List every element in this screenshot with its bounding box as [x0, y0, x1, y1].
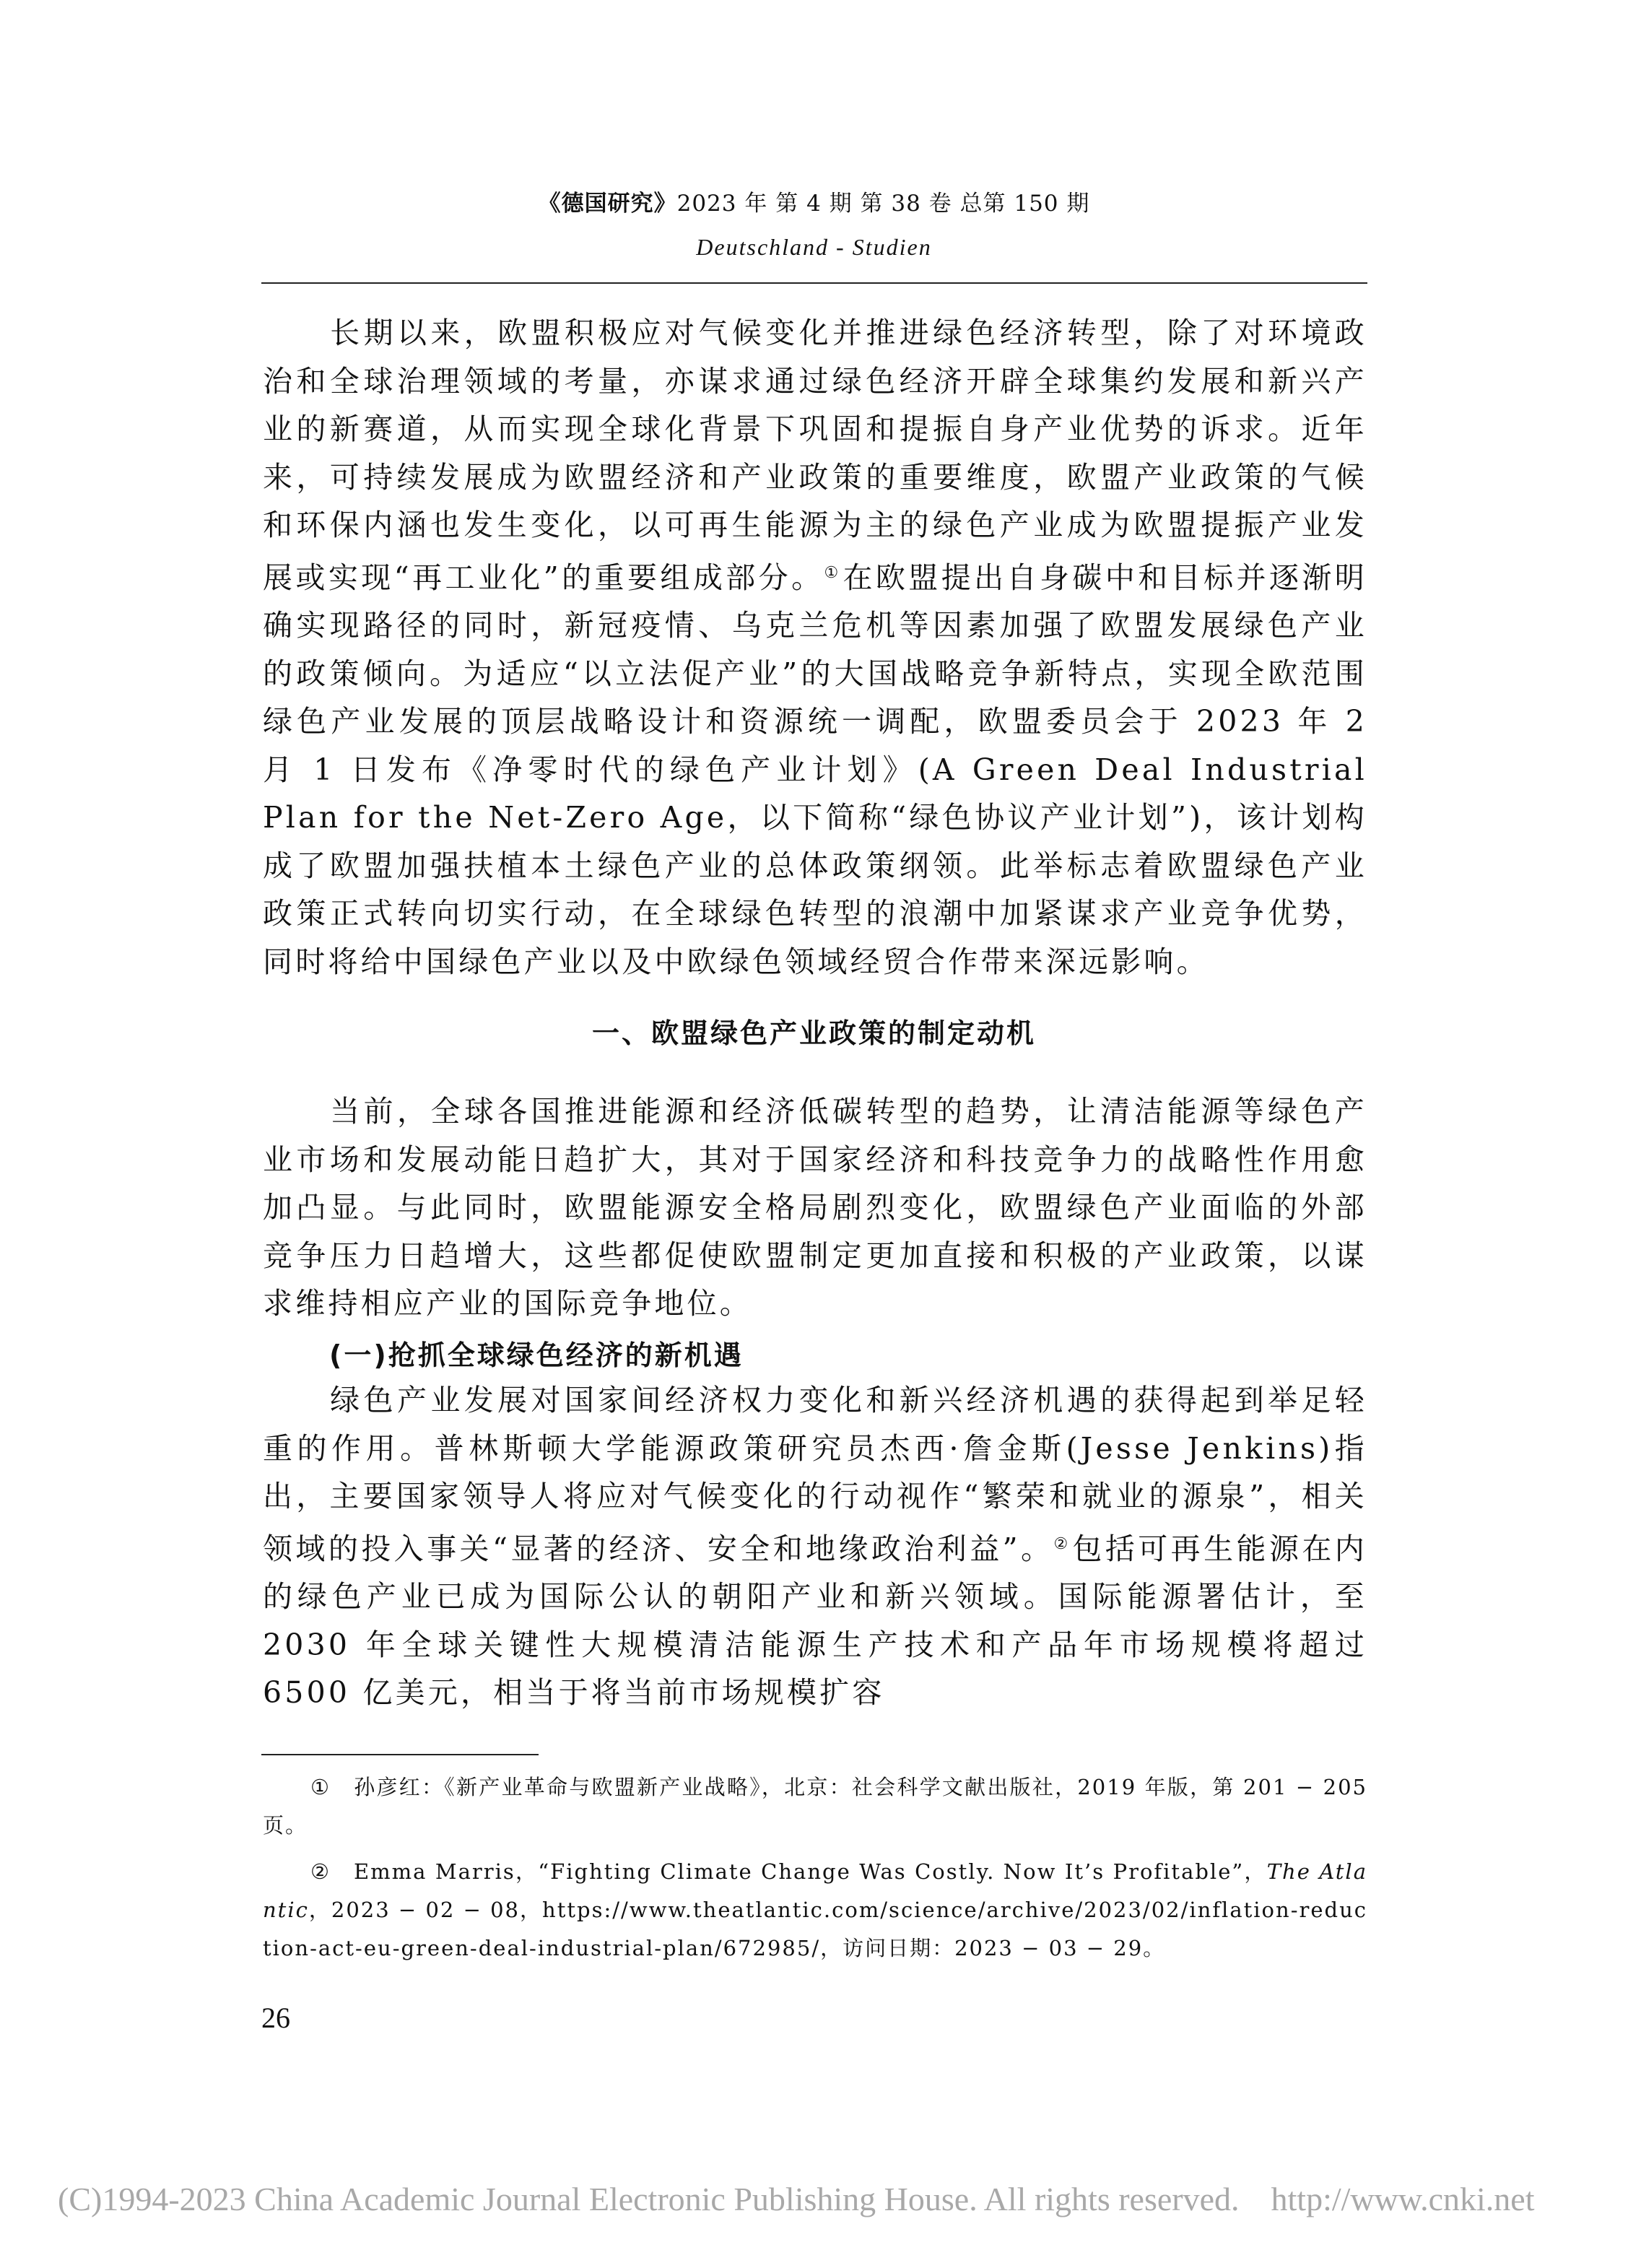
footnote-divider — [261, 1754, 539, 1755]
paragraph-text: 在欧盟提出自身碳中和目标并逐渐明确实现路径的同时，新冠疫情、乌克兰危机等因素加强… — [263, 560, 1367, 979]
footnote-marker: ② — [310, 1853, 354, 1891]
paragraph-text: 长期以来，欧盟积极应对气候变化并推进绿色经济转型，除了对环境政治和全球治理领域的… — [263, 316, 1367, 595]
journal-header: 《德国研究》2023 年 第 4 期 第 38 卷 总第 150 期 — [0, 186, 1628, 221]
issue-info: 2023 年 第 4 期 第 38 卷 总第 150 期 — [677, 191, 1090, 217]
body-paragraph-1: 长期以来，欧盟积极应对气候变化并推进绿色经济转型，除了对环境政治和全球治理领域的… — [263, 309, 1367, 986]
section-heading: 一、欧盟绿色产业政策的制定动机 — [0, 1015, 1628, 1051]
page-number: 26 — [261, 2000, 290, 2036]
footnote-text: Emma Marris，“Fighting Climate Change Was… — [354, 1859, 1267, 1884]
body-paragraph-2: 当前，全球各国推进能源和经济低碳转型的趋势，让清洁能源等绿色产业市场和发展动能日… — [263, 1087, 1367, 1328]
footnote-ref-2[interactable]: ② — [1053, 1535, 1068, 1553]
journal-name: 《德国研究》 — [539, 191, 677, 217]
subsection-heading: (一)抢抓全球绿色经济的新机遇 — [329, 1337, 744, 1373]
cnki-url[interactable]: http://www.cnki.net — [1271, 2181, 1535, 2217]
paragraph-text: 当前，全球各国推进能源和经济低碳转型的趋势，让清洁能源等绿色产业市场和发展动能日… — [263, 1094, 1367, 1321]
journal-subtitle: Deutschland - Studien — [0, 230, 1628, 264]
footnote-2: ②Emma Marris，“Fighting Climate Change Wa… — [263, 1853, 1367, 1968]
footnote-marker: ① — [310, 1768, 354, 1807]
footnote-text: 孙彦红：《新产业革命与欧盟新产业战略》，北京：社会科学文献出版社，2019 年版… — [263, 1775, 1367, 1838]
body-paragraph-3: 绿色产业发展对国家间经济权力变化和新兴经济机遇的获得起到举足轻重的作用。普林斯顿… — [263, 1376, 1367, 1717]
footnote-link-text[interactable]: ，2023 − 02 − 08，https://www.theatlantic.… — [263, 1898, 1367, 1960]
copyright-text: (C)1994-2023 China Academic Journal Elec… — [58, 2181, 1240, 2217]
footnote-ref-1[interactable]: ① — [824, 564, 839, 582]
footnote-1: ①孙彦红：《新产业革命与欧盟新产业战略》，北京：社会科学文献出版社，2019 年… — [263, 1768, 1367, 1845]
copyright-watermark: (C)1994-2023 China Academic Journal Elec… — [58, 2178, 1535, 2221]
header-divider — [261, 282, 1367, 284]
